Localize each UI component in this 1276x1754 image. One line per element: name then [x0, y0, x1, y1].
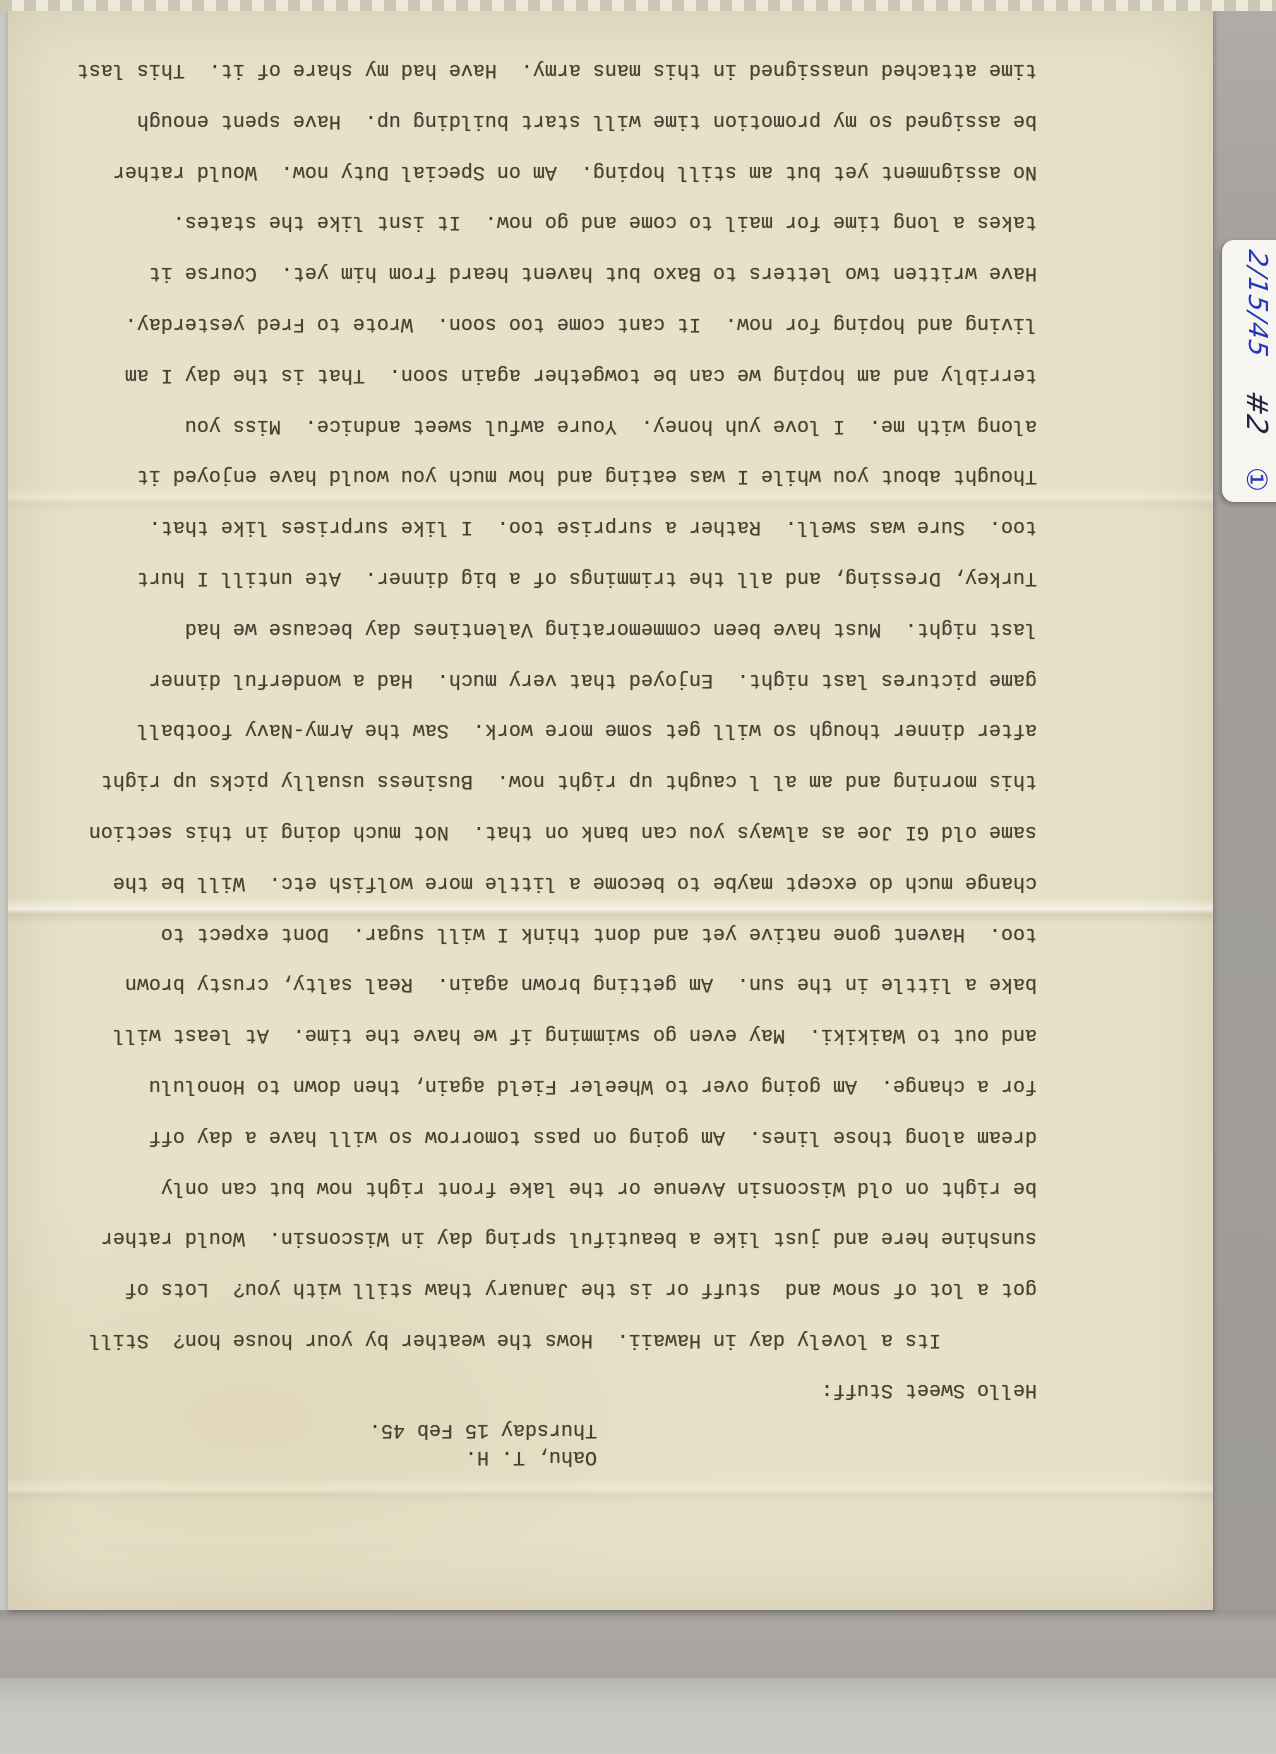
archive-sticker-label: 2/15/45 #2 ① — [1222, 240, 1276, 502]
letter-body: Its a lovely day in Hawaii. Hows the wea… — [27, 43, 1037, 1364]
letter-location: Oahu, T. H. — [27, 1443, 597, 1470]
label-handwritten-date: 2/15/45 — [1242, 248, 1272, 359]
label-circled-page-number: ① — [1241, 467, 1274, 492]
film-edge-strip — [0, 0, 1276, 11]
letter-date: Thursday 15 Feb 45. — [27, 1416, 597, 1443]
scanner-bed-band — [0, 1610, 1276, 1678]
backing-sheet-edge — [0, 1678, 1276, 1754]
letter-content-rotated-180: Oahu, T. H. Thursday 15 Feb 45. Hello Sw… — [8, 10, 1213, 1610]
archive-label-text-rotated: 2/15/45 #2 ① — [1222, 240, 1276, 502]
letter-heading: Oahu, T. H. Thursday 15 Feb 45. — [27, 1416, 597, 1470]
letter-greeting: Hello Sweet Stuff: — [27, 1376, 1037, 1403]
label-letter-number: #2 — [1240, 388, 1274, 437]
letter-page-upside-down: Oahu, T. H. Thursday 15 Feb 45. Hello Sw… — [8, 10, 1213, 1610]
typewritten-letter: Oahu, T. H. Thursday 15 Feb 45. Hello Sw… — [27, 43, 1037, 1470]
